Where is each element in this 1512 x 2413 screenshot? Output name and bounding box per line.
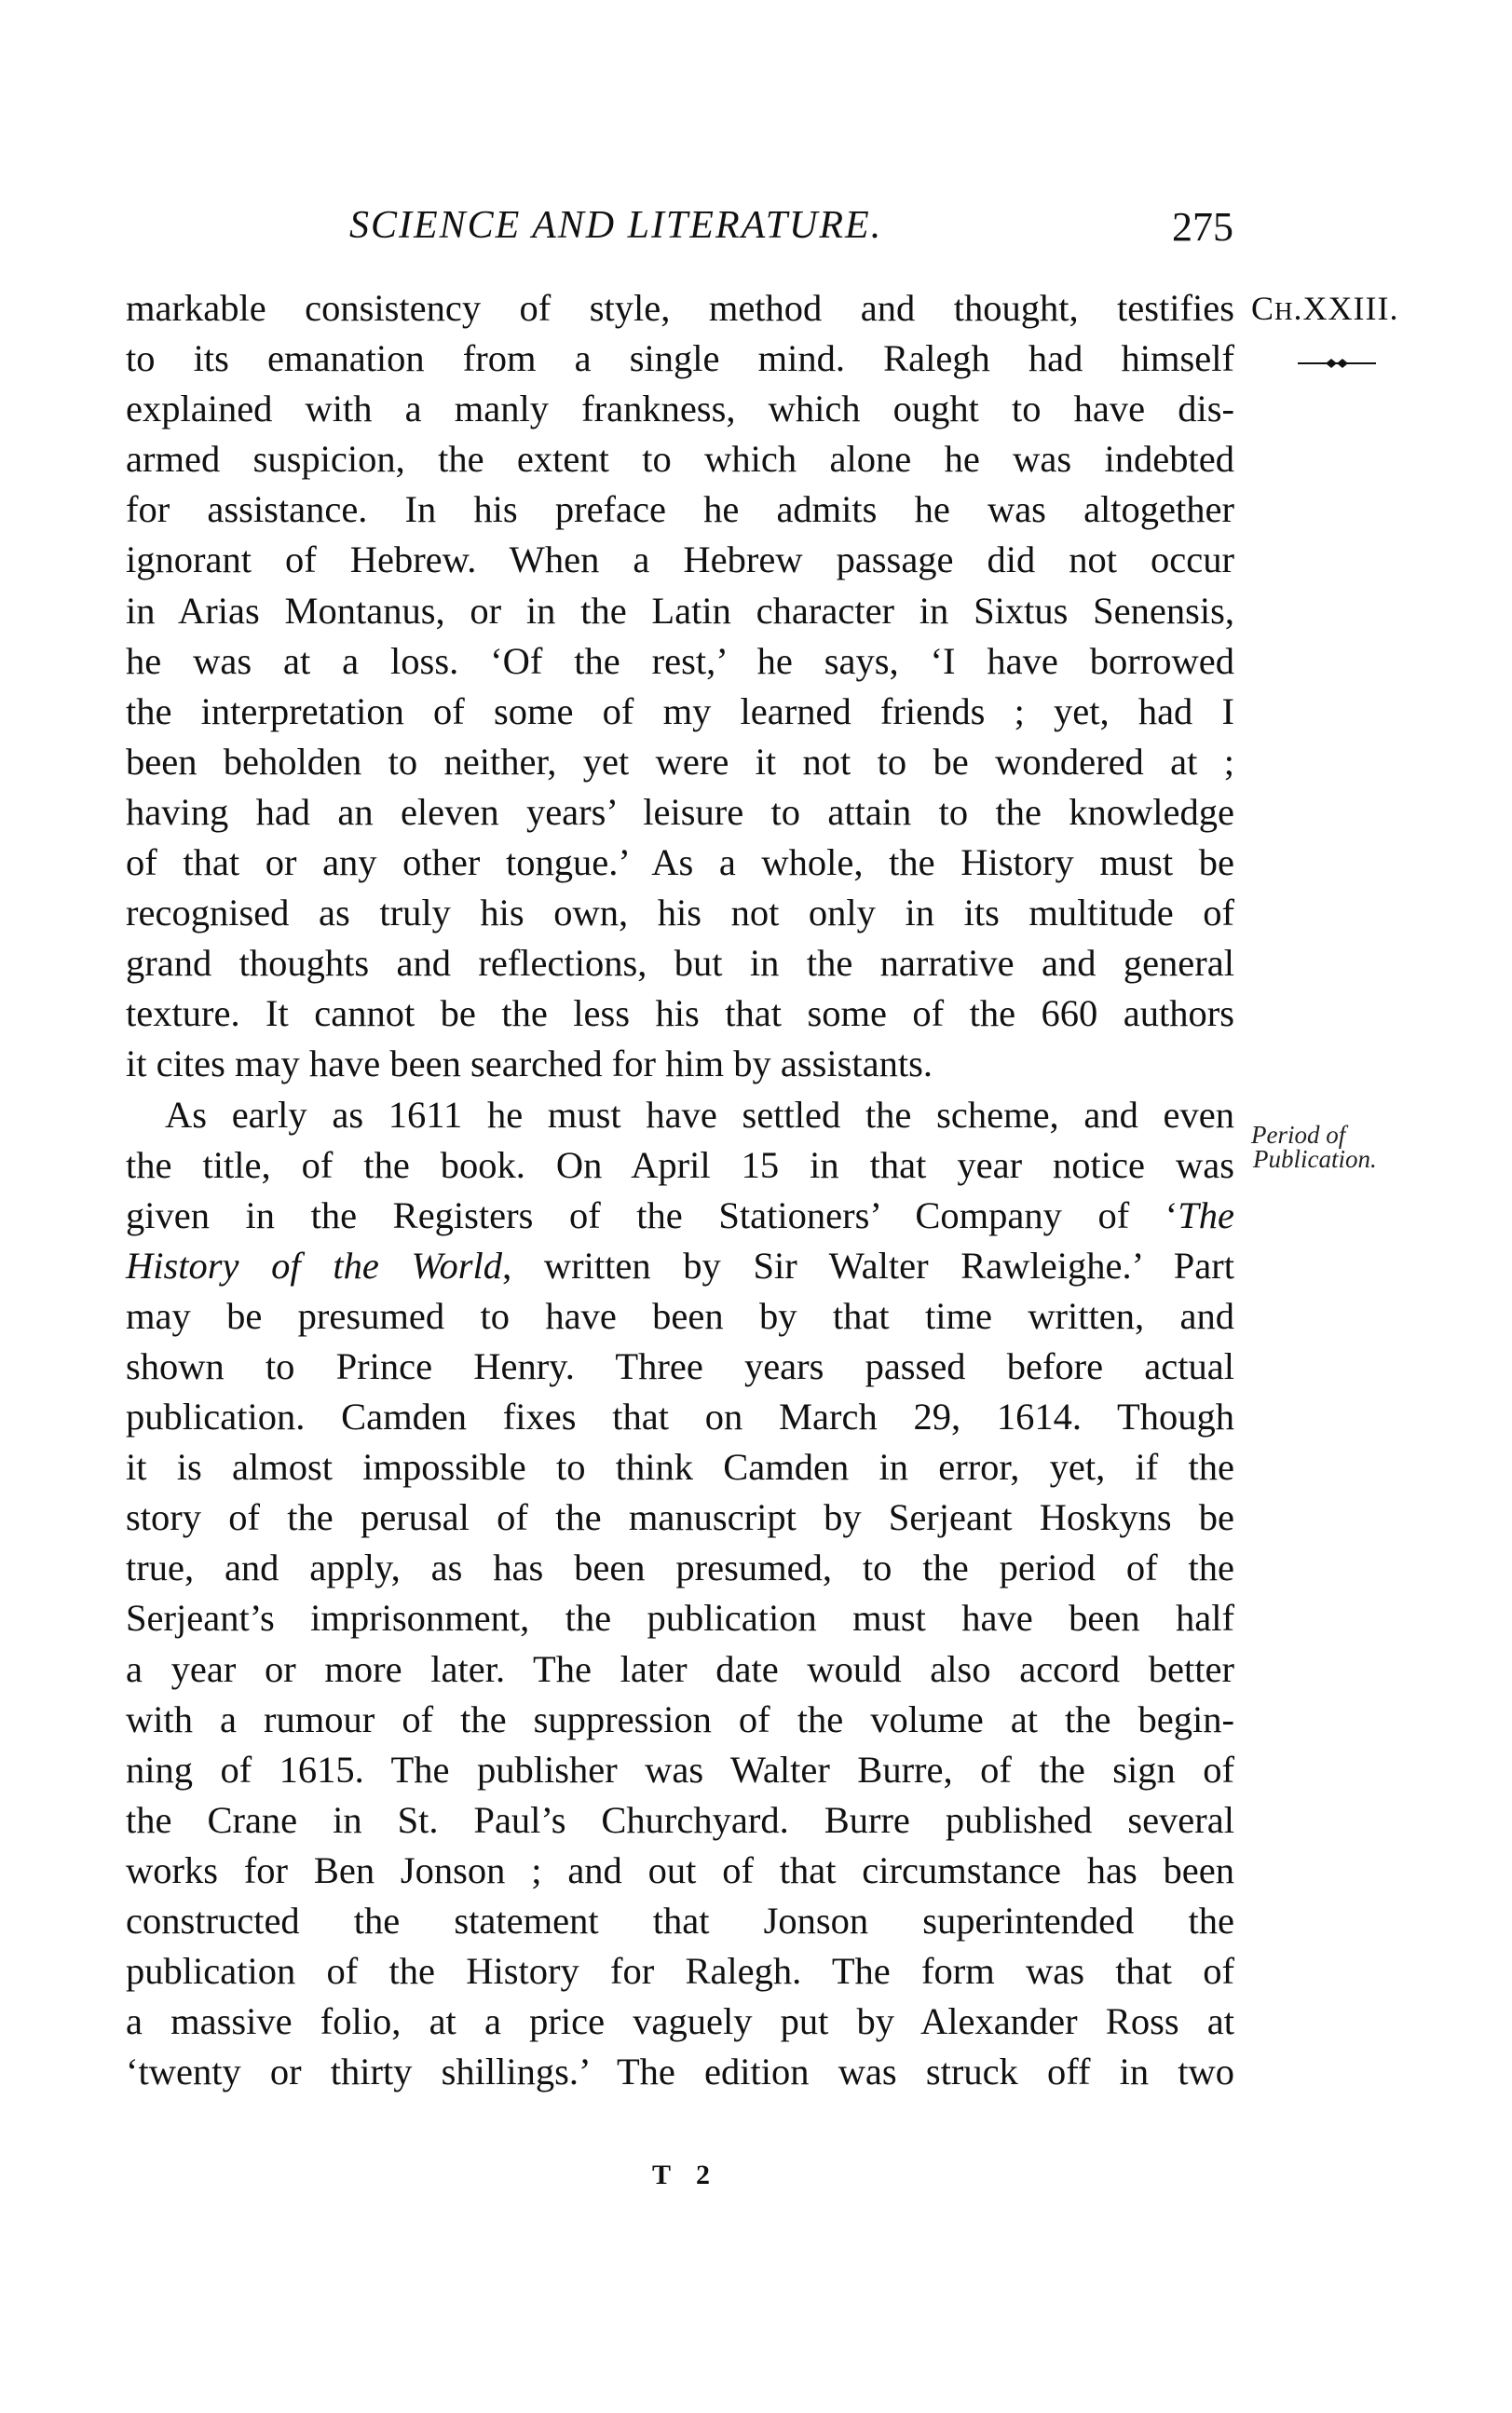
text-line: having had an eleven years’ leisure to a… [126,787,1234,838]
text-line: story of the perusal of the manuscript b… [126,1493,1234,1543]
text-line: ignorant of Hebrew. When a Hebrew passag… [126,535,1234,585]
text-line: shown to Prince Henry. Three years passe… [126,1342,1234,1392]
page-number: 275 [1172,203,1233,251]
text-line: Serjeant’s imprisonment, the publication… [126,1593,1234,1643]
text-line: in Arias Montanus, or in the Latin chara… [126,586,1234,636]
signature-mark: T 2 [652,2160,719,2191]
running-head: SCIENCE AND LITERATURE. [349,203,882,248]
text-line: texture. It cannot be the less his that … [126,988,1234,1039]
text-line: to its emanation from a single mind. Ral… [126,334,1234,384]
chapter-marginal-label: CH.XXIII. [1251,289,1398,328]
text-segment: , written by Sir Walter Rawleighe.’ Part [502,1245,1234,1287]
chapter-number: .XXIII. [1294,290,1399,327]
side-note-line: Period of [1251,1123,1377,1147]
chapter-prefix-small: H [1274,297,1294,325]
text-line: recognised as truly his own, his not onl… [126,888,1234,938]
text-line: for assistance. In his preface he admits… [126,484,1234,535]
text-line: the title, of the book. On April 15 in t… [126,1140,1234,1191]
text-line: true, and apply, as has been presumed, t… [126,1543,1234,1593]
text-line: publication of the History for Ralegh. T… [126,1946,1234,1997]
paragraph-start-line: As early as 1611 he must have settled th… [126,1090,1234,1140]
chapter-prefix: C [1251,290,1274,327]
side-note-period-of-publication: Period of Publication. [1251,1123,1377,1171]
text-line-with-title: History of the World, written by Sir Wal… [126,1241,1234,1291]
text-line: grand thoughts and reflections, but in t… [126,938,1234,988]
text-line: armed suspicion, the extent to which alo… [126,434,1234,484]
text-line: ‘twenty or thirty shillings.’ The editio… [126,2047,1234,2097]
text-line: works for Ben Jonson ; and out of that c… [126,1846,1234,1896]
paragraph-end-line: it cites may have been searched for him … [126,1039,1234,1089]
text-line: explained with a manly frankness, which … [126,384,1234,434]
book-title-italic: The [1178,1194,1234,1236]
side-note-line: Publication. [1251,1147,1377,1171]
text-line: publication. Camden fixes that on March … [126,1392,1234,1442]
text-line: the interpretation of some of my learned… [126,687,1234,737]
text-line: may be presumed to have been by that tim… [126,1291,1234,1342]
text-line: constructed the statement that Jonson su… [126,1896,1234,1946]
text-line: it is almost impossible to think Camden … [126,1442,1234,1493]
text-line-with-title: given in the Registers of the Stationers… [126,1191,1234,1241]
text-segment: given in the Registers of the Stationers… [126,1194,1178,1236]
text-line: a massive folio, at a price vaguely put … [126,1997,1234,2047]
text-line: he was at a loss. ‘Of the rest,’ he says… [126,636,1234,687]
text-line: been beholden to neither, yet were it no… [126,737,1234,787]
text-line: of that or any other tongue.’ As a whole… [126,838,1234,888]
body-text: markable consistency of style, method an… [126,283,1234,2097]
text-line: the Crane in St. Paul’s Churchyard. Burr… [126,1795,1234,1846]
text-line: a year or more later. The later date wou… [126,1644,1234,1695]
book-title-italic: History of the World [126,1245,502,1287]
text-line: ning of 1615. The publisher was Walter B… [126,1745,1234,1795]
text-line: with a rumour of the suppression of the … [126,1695,1234,1745]
text-line: markable consistency of style, method an… [126,283,1234,334]
rule-with-diamonds-ornament-icon [1298,357,1376,370]
